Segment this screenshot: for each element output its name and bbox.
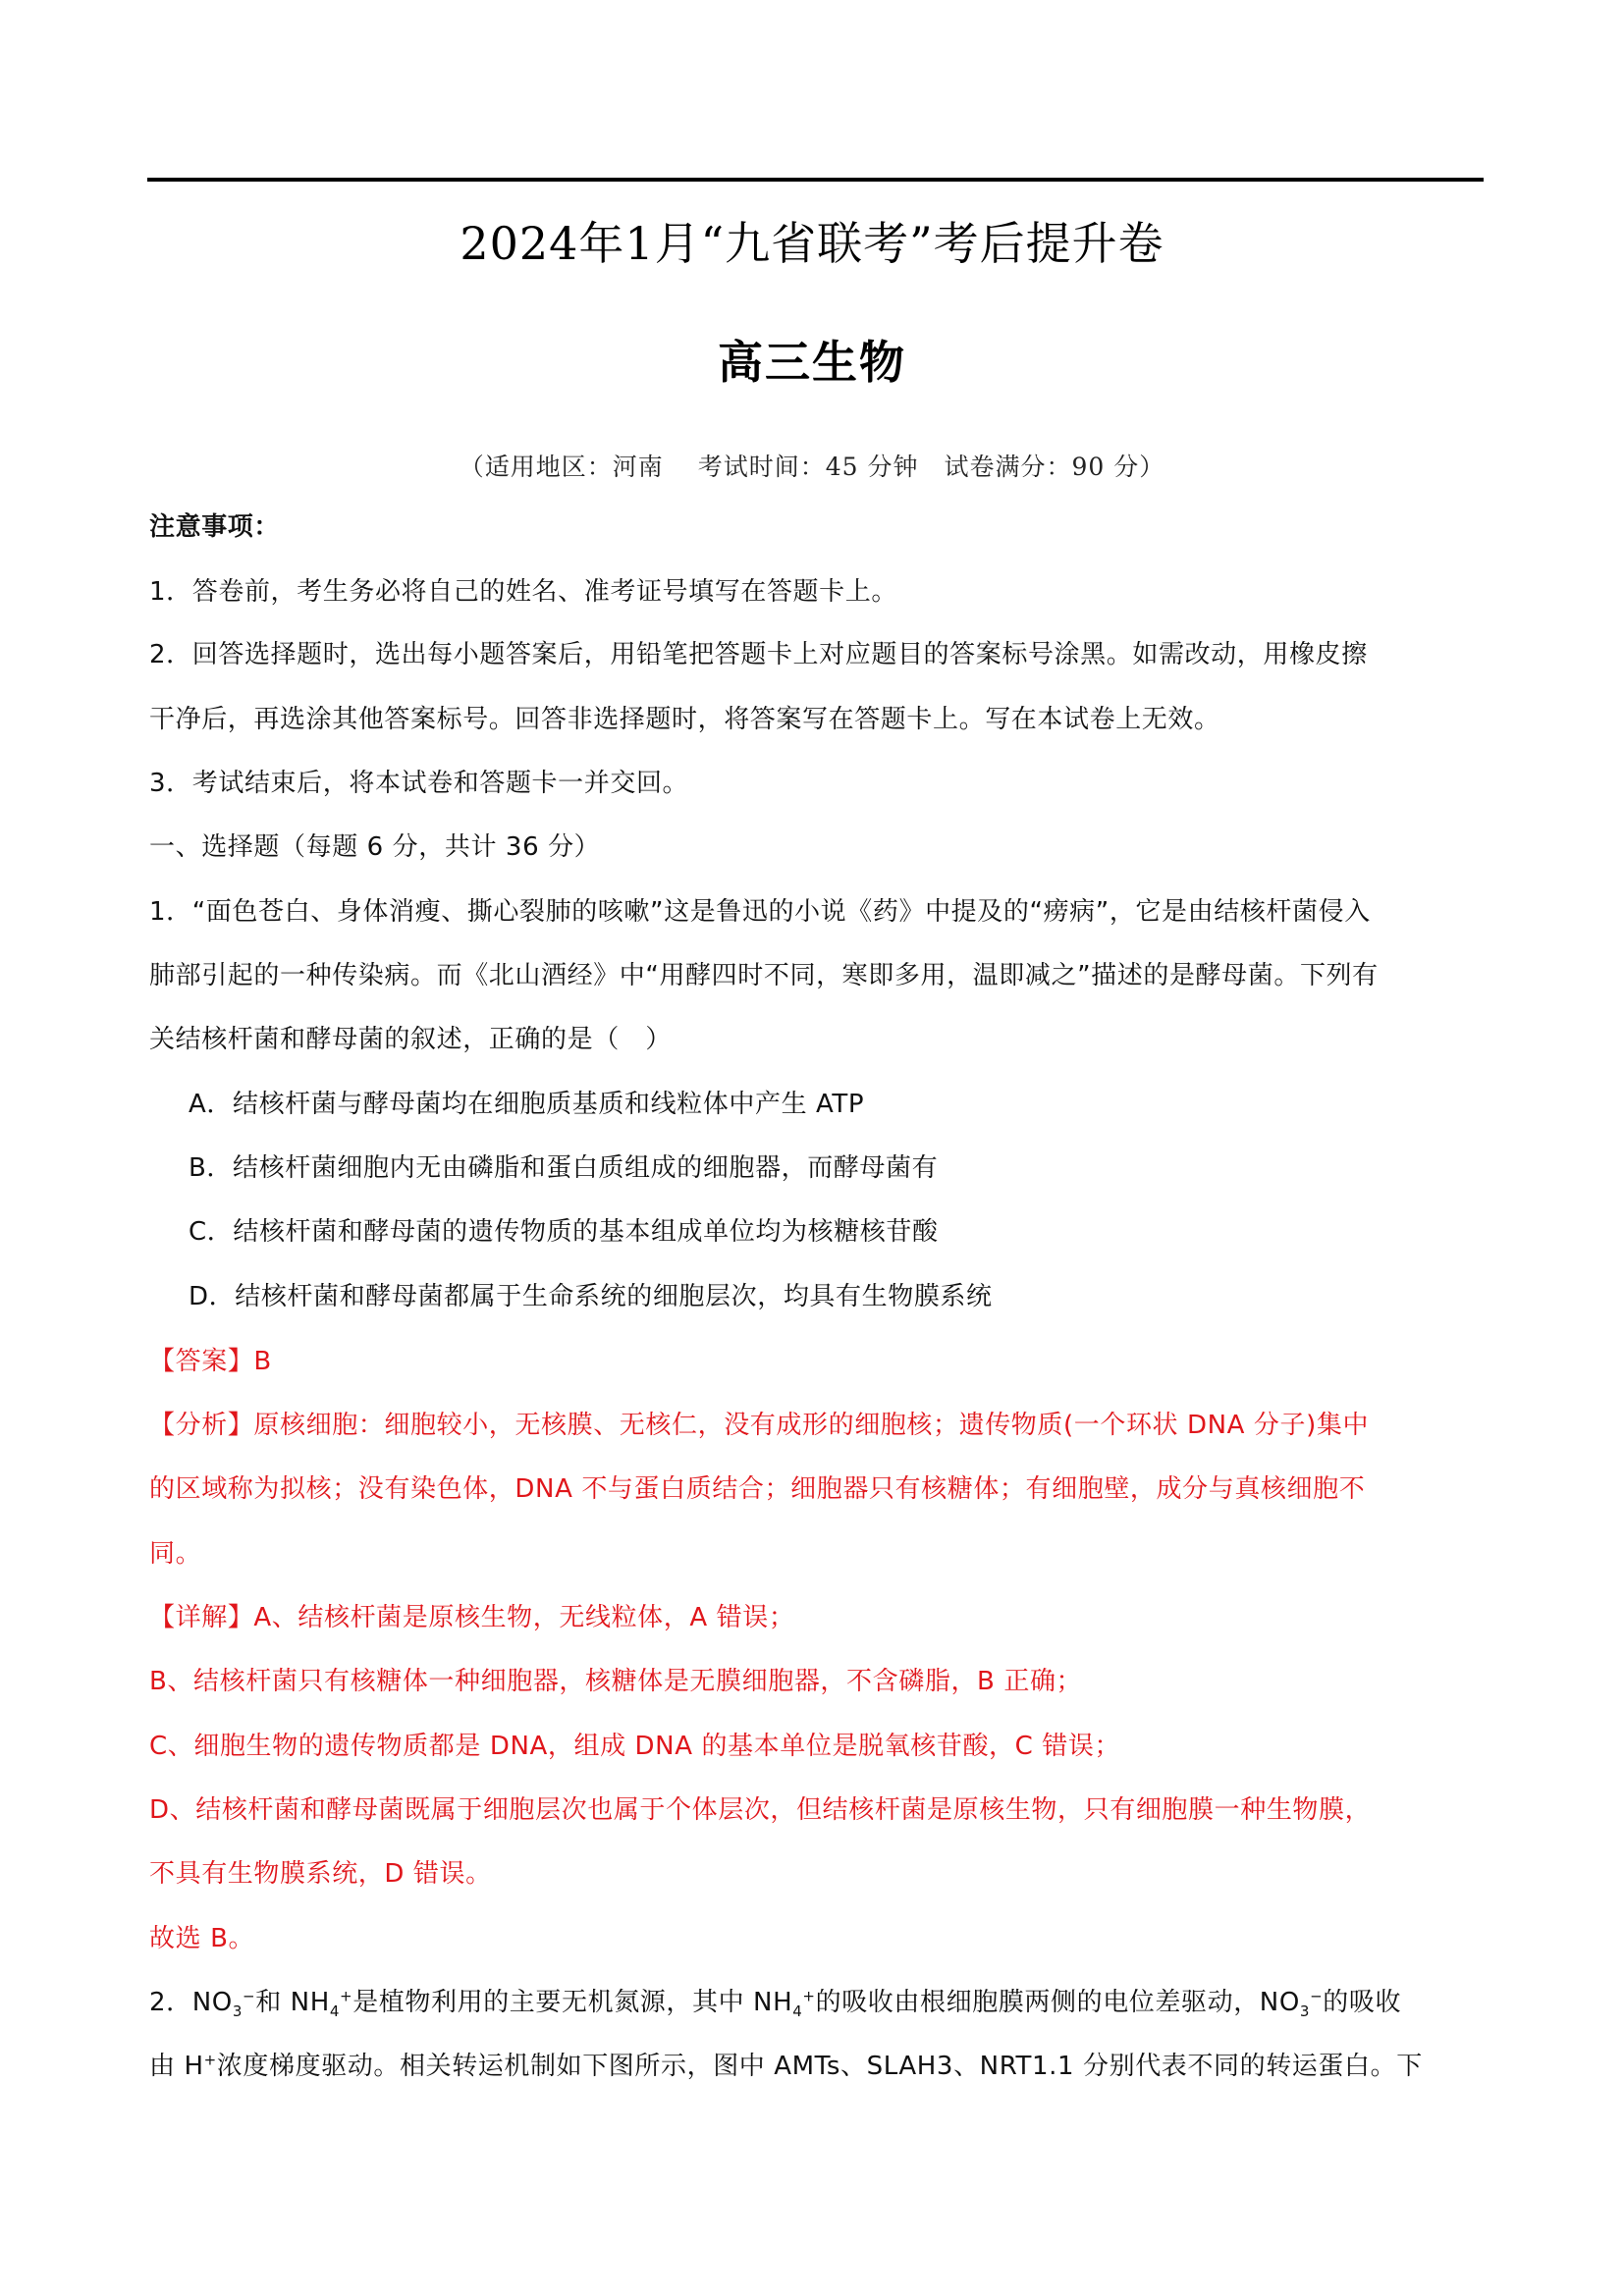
option-d: D．结核杆菌和酵母菌都属于生命系统的细胞层次，均具有生物膜系统	[189, 1280, 993, 1313]
option-b: B．结核杆菌细胞内无由磷脂和蛋白质组成的细胞器，而酵母菌有	[189, 1151, 938, 1185]
analysis-line: 的区域称为拟核；没有染色体，DNA 不与蛋白质结合；细胞器只有核糖体；有细胞壁，…	[149, 1472, 1365, 1506]
subscript: 4	[792, 2002, 802, 2020]
question-stem-line: 关结核杆菌和酵母菌的叙述，正确的是（ ）	[149, 1023, 672, 1056]
notice-item: 3．考试结束后，将本试卷和答题卡一并交回。	[149, 767, 688, 800]
explanation-line: 不具有生物膜系统，D 错误。	[149, 1857, 492, 1891]
question-2-stem-line: 由 H+浓度梯度驱动。相关转运机制如下图所示，图中 AMTs、SLAH3、NRT…	[149, 2050, 1423, 2083]
superscript: +	[340, 1987, 352, 2004]
exam-meta: （适用地区：河南 考试时间：45 分钟 试卷满分：90 分）	[0, 448, 1624, 483]
document-subtitle: 高三生物	[0, 327, 1624, 392]
superscript: +	[802, 1987, 815, 2004]
document-title: 2024年1月“九省联考”考后提升卷	[0, 208, 1624, 273]
analysis-line: 【分析】原核细胞：细胞较小，无核膜、无核仁，没有成形的细胞核；遗传物质(一个环状…	[149, 1409, 1369, 1442]
conclusion: 故选 B。	[149, 1922, 254, 1955]
question-2-stem-line: 2．NO3−和 NH4+是植物利用的主要无机氮源，其中 NH4+的吸收由根细胞膜…	[149, 1986, 1401, 2019]
subscript: 3	[233, 2002, 243, 2020]
text: 是植物利用的主要无机氮源，其中 NH	[352, 1988, 792, 2017]
notice-item: 1．答卷前，考生务必将自己的姓名、准考证号填写在答题卡上。	[149, 575, 897, 609]
superscript: −	[243, 1987, 255, 2004]
text: 的吸收	[1323, 1988, 1401, 2017]
question-stem-line: 1．“面色苍白、身体消瘦、撕心裂肺的咳嗽”这是鲁迅的小说《药》中提及的“痨病”，…	[149, 895, 1371, 929]
text: 由 H	[149, 2052, 204, 2081]
superscript: −	[1310, 1987, 1323, 2004]
section-heading: 一、选择题（每题 6 分，共计 36 分）	[149, 830, 600, 864]
option-c: C．结核杆菌和酵母菌的遗传物质的基本组成单位均为核糖核苷酸	[189, 1215, 939, 1249]
superscript: +	[204, 2051, 217, 2068]
explanation-line: C、细胞生物的遗传物质都是 DNA，组成 DNA 的基本单位是脱氧核苷酸，C 错…	[149, 1730, 1120, 1763]
notice-item: 干净后，再选涂其他答案标号。回答非选择题时，将答案写在答题卡上。写在本试卷上无效…	[149, 703, 1220, 736]
text: 2．NO	[149, 1988, 233, 2017]
option-a: A．结核杆菌与酵母菌均在细胞质基质和线粒体中产生 ATP	[189, 1088, 864, 1121]
notice-item: 2．回答选择题时，选出每小题答案后，用铅笔把答题卡上对应题目的答案标号涂黑。如需…	[149, 638, 1368, 671]
explanation-line: B、结核杆菌只有核糖体一种细胞器，核糖体是无膜细胞器，不含磷脂，B 正确；	[149, 1665, 1082, 1698]
text: 浓度梯度驱动。相关转运机制如下图所示，图中 AMTs、SLAH3、NRT1.1 …	[217, 2052, 1423, 2081]
subscript: 3	[1300, 2002, 1310, 2020]
header-rule	[147, 178, 1484, 182]
text: 和 NH	[255, 1988, 330, 2017]
notice-heading: 注意事项：	[149, 510, 280, 544]
answer-key: 【答案】B	[149, 1345, 272, 1378]
text: 的吸收由根细胞膜两侧的电位差驱动，NO	[816, 1988, 1300, 2017]
explanation-line: 【详解】A、结核杆菌是原核生物，无线粒体，A 错误；	[149, 1601, 794, 1634]
question-stem-line: 肺部引起的一种传染病。而《北山酒经》中“用酵四时不同，寒即多用，温即减之”描述的…	[149, 959, 1379, 992]
analysis-line: 同。	[149, 1537, 201, 1571]
explanation-line: D、结核杆菌和酵母菌既属于细胞层次也属于个体层次，但结核杆菌是原核生物，只有细胞…	[149, 1793, 1371, 1827]
subscript: 4	[330, 2002, 340, 2020]
